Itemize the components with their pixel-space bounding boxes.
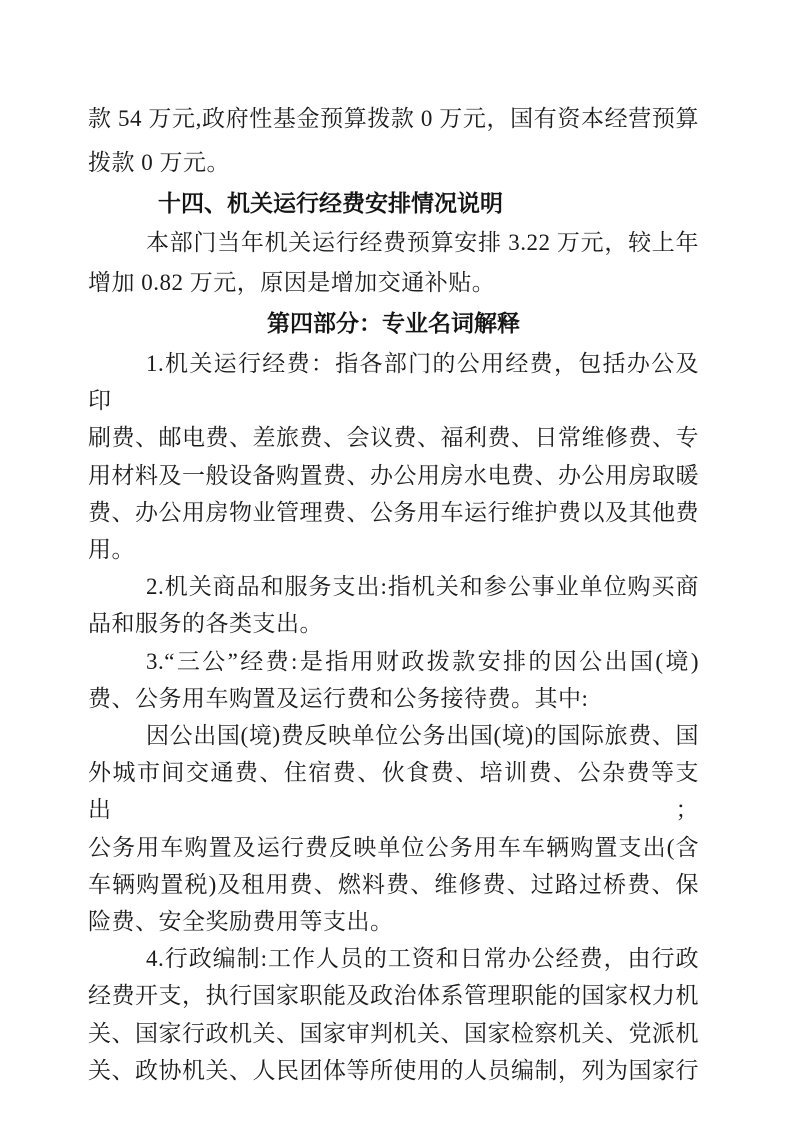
text-line: 用。	[88, 531, 699, 568]
text-line: 4.行政编制:工作人员的工资和日常办公经费，由行政	[88, 940, 699, 977]
text-line: 经费开支，执行国家职能及政治体系管理职能的国家权力机	[88, 977, 699, 1014]
part-4-terms: 1.机关运行经费：指各部门的公用经费，包括办公及印 刷费、邮电费、差旅费、会议费…	[88, 345, 699, 1089]
term-paragraph-3: 3.“三公”经费:是指用财政拨款安排的因公出国(境) 费、公务用车购置及运行费和…	[88, 643, 699, 717]
part-4-heading: 第四部分：专业名词解释	[88, 303, 699, 343]
text-line: 拨款 0 万元。	[88, 141, 699, 185]
text-line: 车辆购置税)及租用费、燃料费、维修费、过路过桥费、保	[88, 866, 699, 903]
term-paragraph-3-detail: 因公出国(境)费反映单位公务出国(境)的国际旅费、国 外城市间交通费、住宿费、伙…	[88, 717, 699, 940]
text-line: 关、国家行政机关、国家审判机关、国家检察机关、党派机	[88, 1015, 699, 1052]
text-line: 品和服务的各类支出。	[88, 605, 699, 642]
text-line: 本部门当年机关运行经费预算安排 3.22 万元，较上年	[88, 223, 699, 263]
section-14-paragraph: 本部门当年机关运行经费预算安排 3.22 万元，较上年 增加 0.82 万元，原…	[88, 223, 699, 303]
text-line: 因公出国(境)费反映单位公务出国(境)的国际旅费、国	[88, 717, 699, 754]
text-line: 费、办公用房物业管理费、公务用车运行维护费以及其他费	[88, 494, 699, 531]
term-paragraph-4: 4.行政编制:工作人员的工资和日常办公经费，由行政 经费开支，执行国家职能及政治…	[88, 940, 699, 1089]
text-line: 险费、安全奖励费用等支出。	[88, 903, 699, 940]
text-line: 费、公务用车购置及运行费和公务接待费。其中:	[88, 680, 699, 717]
text-line: 3.“三公”经费:是指用财政拨款安排的因公出国(境)	[88, 643, 699, 680]
text-line: 1.机关运行经费：指各部门的公用经费，包括办公及印	[88, 345, 699, 419]
text-line: 2.机关商品和服务支出:指机关和参公事业单位购买商	[88, 568, 699, 605]
text-line: 款 54 万元,政府性基金预算拨款 0 万元，国有资本经营预算	[88, 97, 699, 141]
section-14-heading: 十四、机关运行经费安排情况说明	[88, 183, 699, 223]
text-line: 增加 0.82 万元，原因是增加交通补贴。	[88, 263, 699, 303]
text-line: 外城市间交通费、住宿费、伙食费、培训费、公杂费等支出；	[88, 754, 699, 828]
text-line: 公务用车购置及运行费反映单位公务用车车辆购置支出(含	[88, 829, 699, 866]
page-body: 款 54 万元,政府性基金预算拨款 0 万元，国有资本经营预算 拨款 0 万元。…	[0, 0, 793, 1089]
text-line: 用材料及一般设备购置费、办公用房水电费、办公用房取暖	[88, 457, 699, 494]
term-paragraph-2: 2.机关商品和服务支出:指机关和参公事业单位购买商 品和服务的各类支出。	[88, 568, 699, 642]
text-line: 关、政协机关、人民团体等所使用的人员编制，列为国家行	[88, 1052, 699, 1089]
text-line: 刷费、邮电费、差旅费、会议费、福利费、日常维修费、专	[88, 419, 699, 456]
term-paragraph-1: 1.机关运行经费：指各部门的公用经费，包括办公及印 刷费、邮电费、差旅费、会议费…	[88, 345, 699, 568]
document-page: 款 54 万元,政府性基金预算拨款 0 万元，国有资本经营预算 拨款 0 万元。…	[0, 0, 793, 1122]
paragraph-continuation: 款 54 万元,政府性基金预算拨款 0 万元，国有资本经营预算 拨款 0 万元。	[88, 97, 699, 185]
